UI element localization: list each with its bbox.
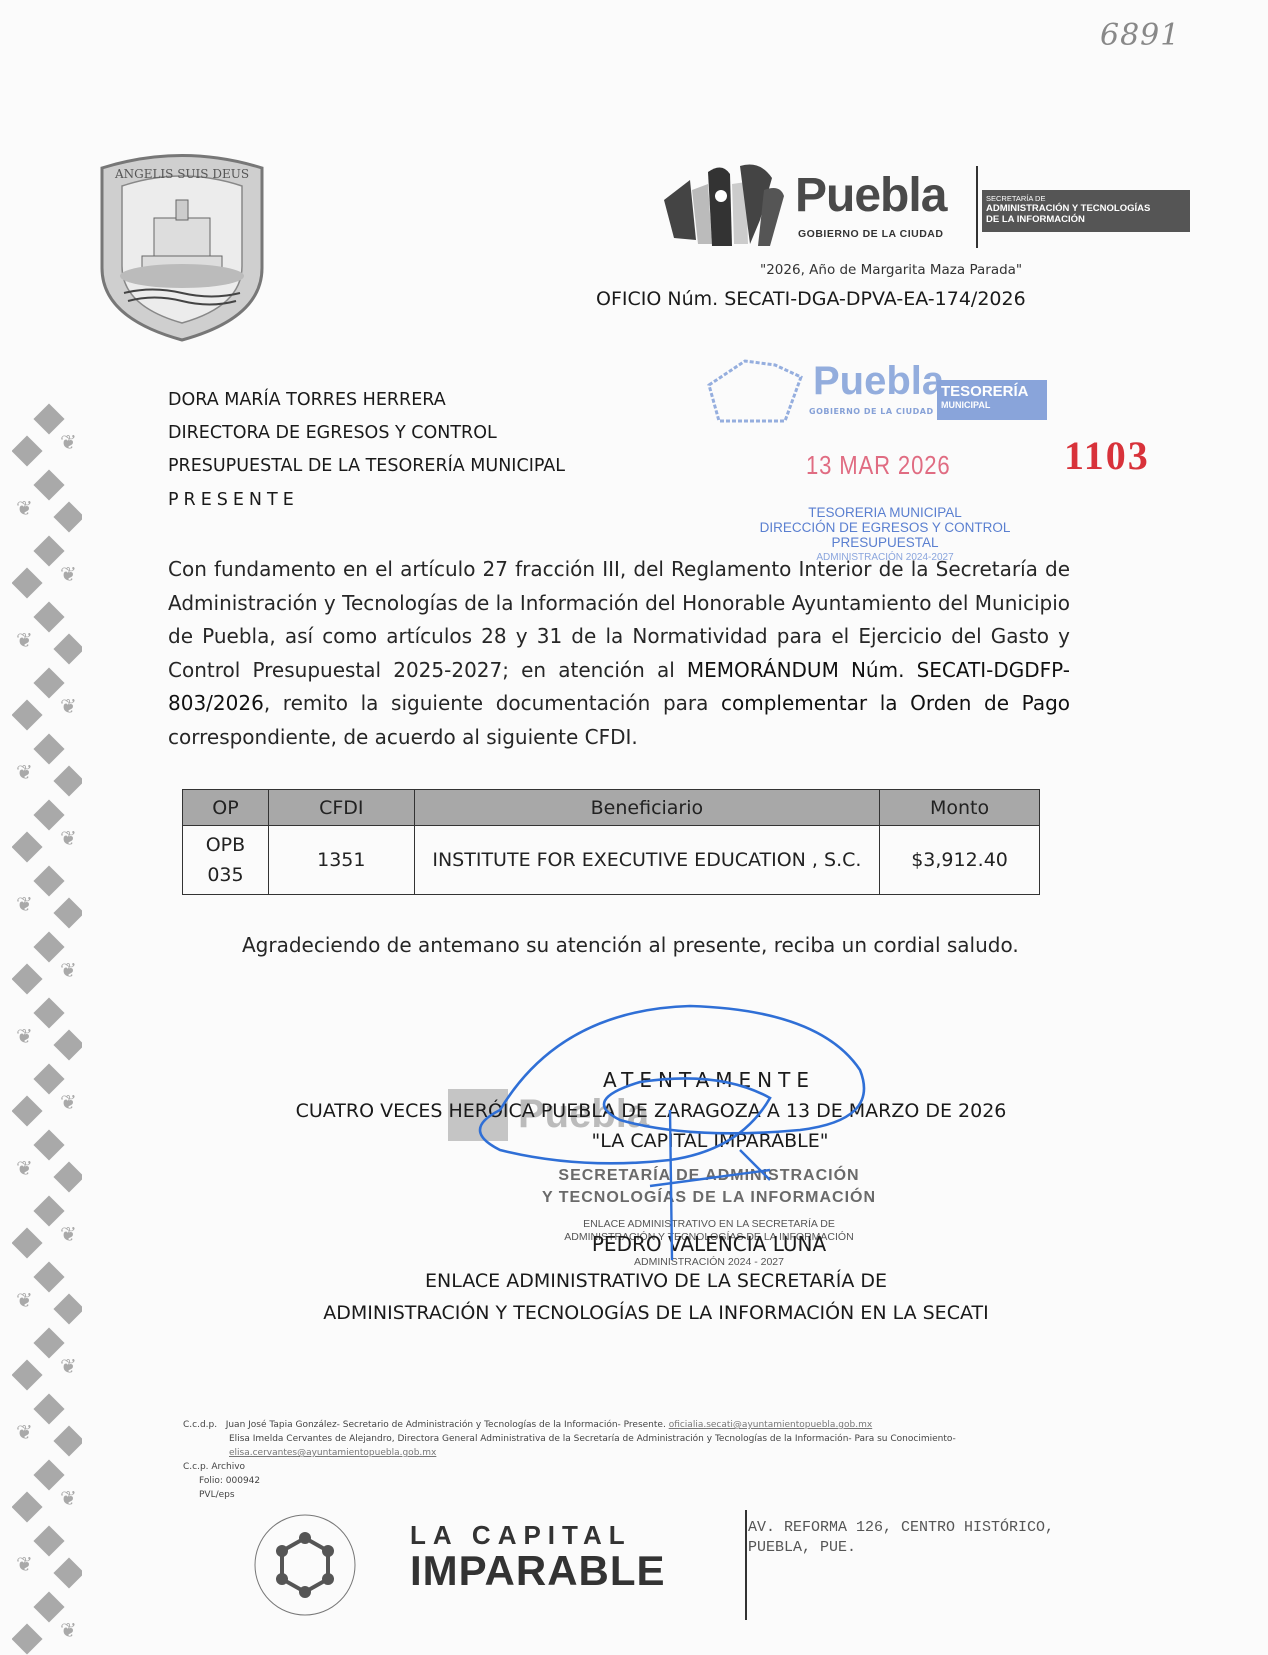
folio-number: Folio: 000942 [183, 1474, 956, 1488]
border-diamond-ornament [12, 1623, 43, 1654]
border-leaf-ornament: ❦ [16, 628, 33, 652]
border-diamond-ornament [12, 435, 43, 466]
cc-email-2[interactable]: elisa.cervantes@ayuntamientopuebla.gob.m… [229, 1448, 436, 1458]
column-header-beneficiario: Beneficiario [414, 790, 879, 826]
border-diamond-ornament [33, 601, 64, 632]
closing-paragraph: Agradeciendo de antemano su atención al … [168, 928, 1070, 962]
border-leaf-ornament: ❦ [60, 958, 77, 982]
ccp-archivo: C.c.p. Archivo [183, 1460, 956, 1474]
border-leaf-ornament: ❦ [16, 1552, 33, 1576]
table-header-row: OP CFDI Beneficiario Monto [183, 790, 1040, 826]
brand-line-bottom: IMPARABLE [410, 1551, 666, 1591]
body-text-2: , remito la siguiente documentación para [264, 691, 721, 715]
slogan: "LA CAPITAL IMPARABLE" [0, 1130, 1268, 1152]
city-date-line: CUATRO VECES HERÓICA PUEBLA DE ZARAGOZA … [0, 1100, 1268, 1122]
seal-administration: ADMINISTRACIÓN 2024 - 2027 [0, 1256, 1268, 1268]
border-diamond-ornament [33, 997, 64, 1028]
typist-initials: PVL/eps [183, 1488, 956, 1502]
column-header-op: OP [183, 790, 269, 826]
cell-cfdi: 1351 [268, 826, 414, 895]
border-diamond-ornament [12, 699, 43, 730]
puebla-wordmark: Puebla [795, 168, 946, 223]
border-diamond-ornament [33, 469, 64, 500]
signer-title-line-1: ENLACE ADMINISTRATIVO DE LA SECRETARÍA D… [0, 1270, 1268, 1292]
dept-stamp-line-1: TESORERIA MUNICIPAL [720, 505, 1050, 520]
border-diamond-ornament [12, 1491, 43, 1522]
border-diamond-ornament [53, 765, 82, 796]
signer-title-line-2: ADMINISTRACIÓN Y TECNOLOGÍAS DE LA INFOR… [0, 1302, 1268, 1324]
secretaria-line-2: ADMINISTRACIÓN Y TECNOLOGÍAS [986, 204, 1186, 215]
cc-line-1: Juan José Tapia González- Secretario de … [226, 1420, 666, 1430]
body-paragraph: Con fundamento en el artículo 27 fracció… [168, 553, 1070, 754]
oficio-number: OFICIO Núm. SECATI-DGA-DPVA-EA-174/2026 [596, 288, 1026, 310]
border-leaf-ornament: ❦ [60, 694, 77, 718]
address-line-2: PUEBLA, PUE. [748, 1538, 1054, 1558]
logo-subtitle: GOBIERNO DE LA CIUDAD [798, 228, 943, 240]
handwritten-page-number: 6891 [1100, 18, 1180, 53]
stamp-logo-subtitle: GOBIERNO DE LA CIUDAD [809, 407, 934, 416]
decorative-border: ❦❦❦❦❦❦❦❦❦❦❦❦❦❦❦❦❦❦❦ [12, 400, 82, 1655]
year-motto: "2026, Año de Margarita Maza Parada" [760, 262, 1022, 278]
border-leaf-ornament: ❦ [60, 1354, 77, 1378]
dept-stamp-line-3: PRESUPUESTAL [720, 535, 1050, 550]
folio-number-stamp: 1103 [1064, 432, 1150, 479]
border-diamond-ornament [33, 1525, 64, 1556]
stamp-tesoreria-box: TESORERÍA MUNICIPAL [937, 380, 1047, 420]
complement-phrase: complementar la Orden de Pago [721, 691, 1070, 715]
seal-line-1: SECRETARÍA DE ADMINISTRACIÓN [150, 1165, 1268, 1187]
body-text-3: correspondiente, de acuerdo al siguiente… [168, 725, 638, 749]
cfdi-table: OP CFDI Beneficiario Monto OPB035 1351 I… [182, 789, 1040, 895]
recipient-title-line-1: DIRECTORA DE EGRESOS Y CONTROL [168, 423, 497, 443]
border-diamond-ornament [53, 1029, 82, 1060]
border-leaf-ornament: ❦ [60, 1486, 77, 1510]
column-header-monto: Monto [880, 790, 1040, 826]
border-leaf-ornament: ❦ [60, 1618, 77, 1642]
seal-line-2: Y TECNOLOGÍAS DE LA INFORMACIÓN [150, 1187, 1268, 1209]
border-leaf-ornament: ❦ [16, 496, 33, 520]
capital-imparable-brand: LA CAPITAL IMPARABLE [410, 1520, 666, 1591]
cc-line-2: Elisa Imelda Cervantes de Alejandro, Dir… [183, 1432, 956, 1446]
equality-norm-seal-icon [250, 1510, 360, 1620]
border-diamond-ornament [53, 1425, 82, 1456]
cell-beneficiario: INSTITUTE FOR EXECUTIVE EDUCATION , S.C. [414, 826, 879, 895]
copy-recipients: C.c.d.p. Juan José Tapia González- Secre… [183, 1418, 956, 1502]
city-crest-logo: ANGELIS SUIS DEUS [92, 148, 272, 343]
border-diamond-ornament [12, 1359, 43, 1390]
cell-monto: $3,912.40 [880, 826, 1040, 895]
border-leaf-ornament: ❦ [16, 760, 33, 784]
border-diamond-ornament [53, 633, 82, 664]
recipient-title-line-2: PRESUPUESTAL DE LA TESORERÍA MUNICIPAL [168, 456, 565, 476]
border-leaf-ornament: ❦ [16, 1420, 33, 1444]
secretaria-line-3: DE LA INFORMACIÓN [986, 215, 1186, 226]
border-diamond-ornament [53, 501, 82, 532]
secretaria-label-box: SECRETARÍA DE ADMINISTRACIÓN Y TECNOLOGÍ… [982, 190, 1190, 232]
recipient-name: DORA MARÍA TORRES HERRERA [168, 390, 446, 410]
cc-email-1[interactable]: oficialia.secati@ayuntamientopuebla.gob.… [669, 1420, 873, 1430]
dept-stamp-line-2: DIRECCIÓN DE EGRESOS Y CONTROL [720, 520, 1050, 535]
stamp-box-subtitle: MUNICIPAL [941, 401, 1043, 410]
border-diamond-ornament [33, 865, 64, 896]
border-diamond-ornament [53, 1557, 82, 1588]
table-row: OPB035 1351 INSTITUTE FOR EXECUTIVE EDUC… [183, 826, 1040, 895]
secretaria-line-1: SECRETARÍA DE [986, 194, 1045, 203]
recipient-presente: PRESENTE [168, 490, 299, 510]
logo-divider [976, 166, 978, 248]
cell-op: OPB035 [183, 826, 269, 895]
border-diamond-ornament [12, 567, 43, 598]
border-leaf-ornament: ❦ [16, 1024, 33, 1048]
atentamente: ATENTAMENTE [0, 1068, 1268, 1092]
svg-text:ANGELIS SUIS DEUS: ANGELIS SUIS DEUS [114, 167, 249, 181]
footer-divider [745, 1510, 747, 1620]
op-line-1: OPB [184, 830, 267, 860]
border-leaf-ornament: ❦ [16, 892, 33, 916]
op-line-2: 035 [184, 860, 267, 890]
stamp-box-title: TESORERÍA [941, 383, 1029, 400]
stamp-puebla-wordmark: Puebla [813, 359, 944, 404]
border-diamond-ornament [53, 897, 82, 928]
seal-secretaria: SECRETARÍA DE ADMINISTRACIÓN Y TECNOLOGÍ… [0, 1165, 1268, 1209]
signer-name: PEDRO VALENCIA LUNA [0, 1232, 1268, 1256]
puebla-header-logo: Puebla GOBIERNO DE LA CIUDAD SECRETARÍA … [660, 160, 1190, 255]
border-diamond-ornament [33, 1393, 64, 1424]
received-date-stamp: 13 MAR 2026 [806, 450, 950, 481]
cc-label: C.c.d.p. [183, 1420, 217, 1430]
tesoreria-received-stamp: Puebla GOBIERNO DE LA CIUDAD TESORERÍA M… [705, 355, 1050, 430]
stamp-emblem-icon [705, 355, 805, 425]
seal-enlace-line-1: ENLACE ADMINISTRATIVO EN LA SECRETARÍA D… [150, 1218, 1268, 1231]
border-diamond-ornament [12, 831, 43, 862]
border-leaf-ornament: ❦ [60, 826, 77, 850]
puebla-city-emblem-icon [660, 160, 788, 250]
address-line-1: AV. REFORMA 126, CENTRO HISTÓRICO, [748, 1518, 1054, 1538]
column-header-cfdi: CFDI [268, 790, 414, 826]
border-leaf-ornament: ❦ [60, 430, 77, 454]
footer-address: AV. REFORMA 126, CENTRO HISTÓRICO, PUEBL… [748, 1518, 1054, 1558]
border-leaf-ornament: ❦ [60, 562, 77, 586]
border-diamond-ornament [12, 963, 43, 994]
border-diamond-ornament [33, 733, 64, 764]
